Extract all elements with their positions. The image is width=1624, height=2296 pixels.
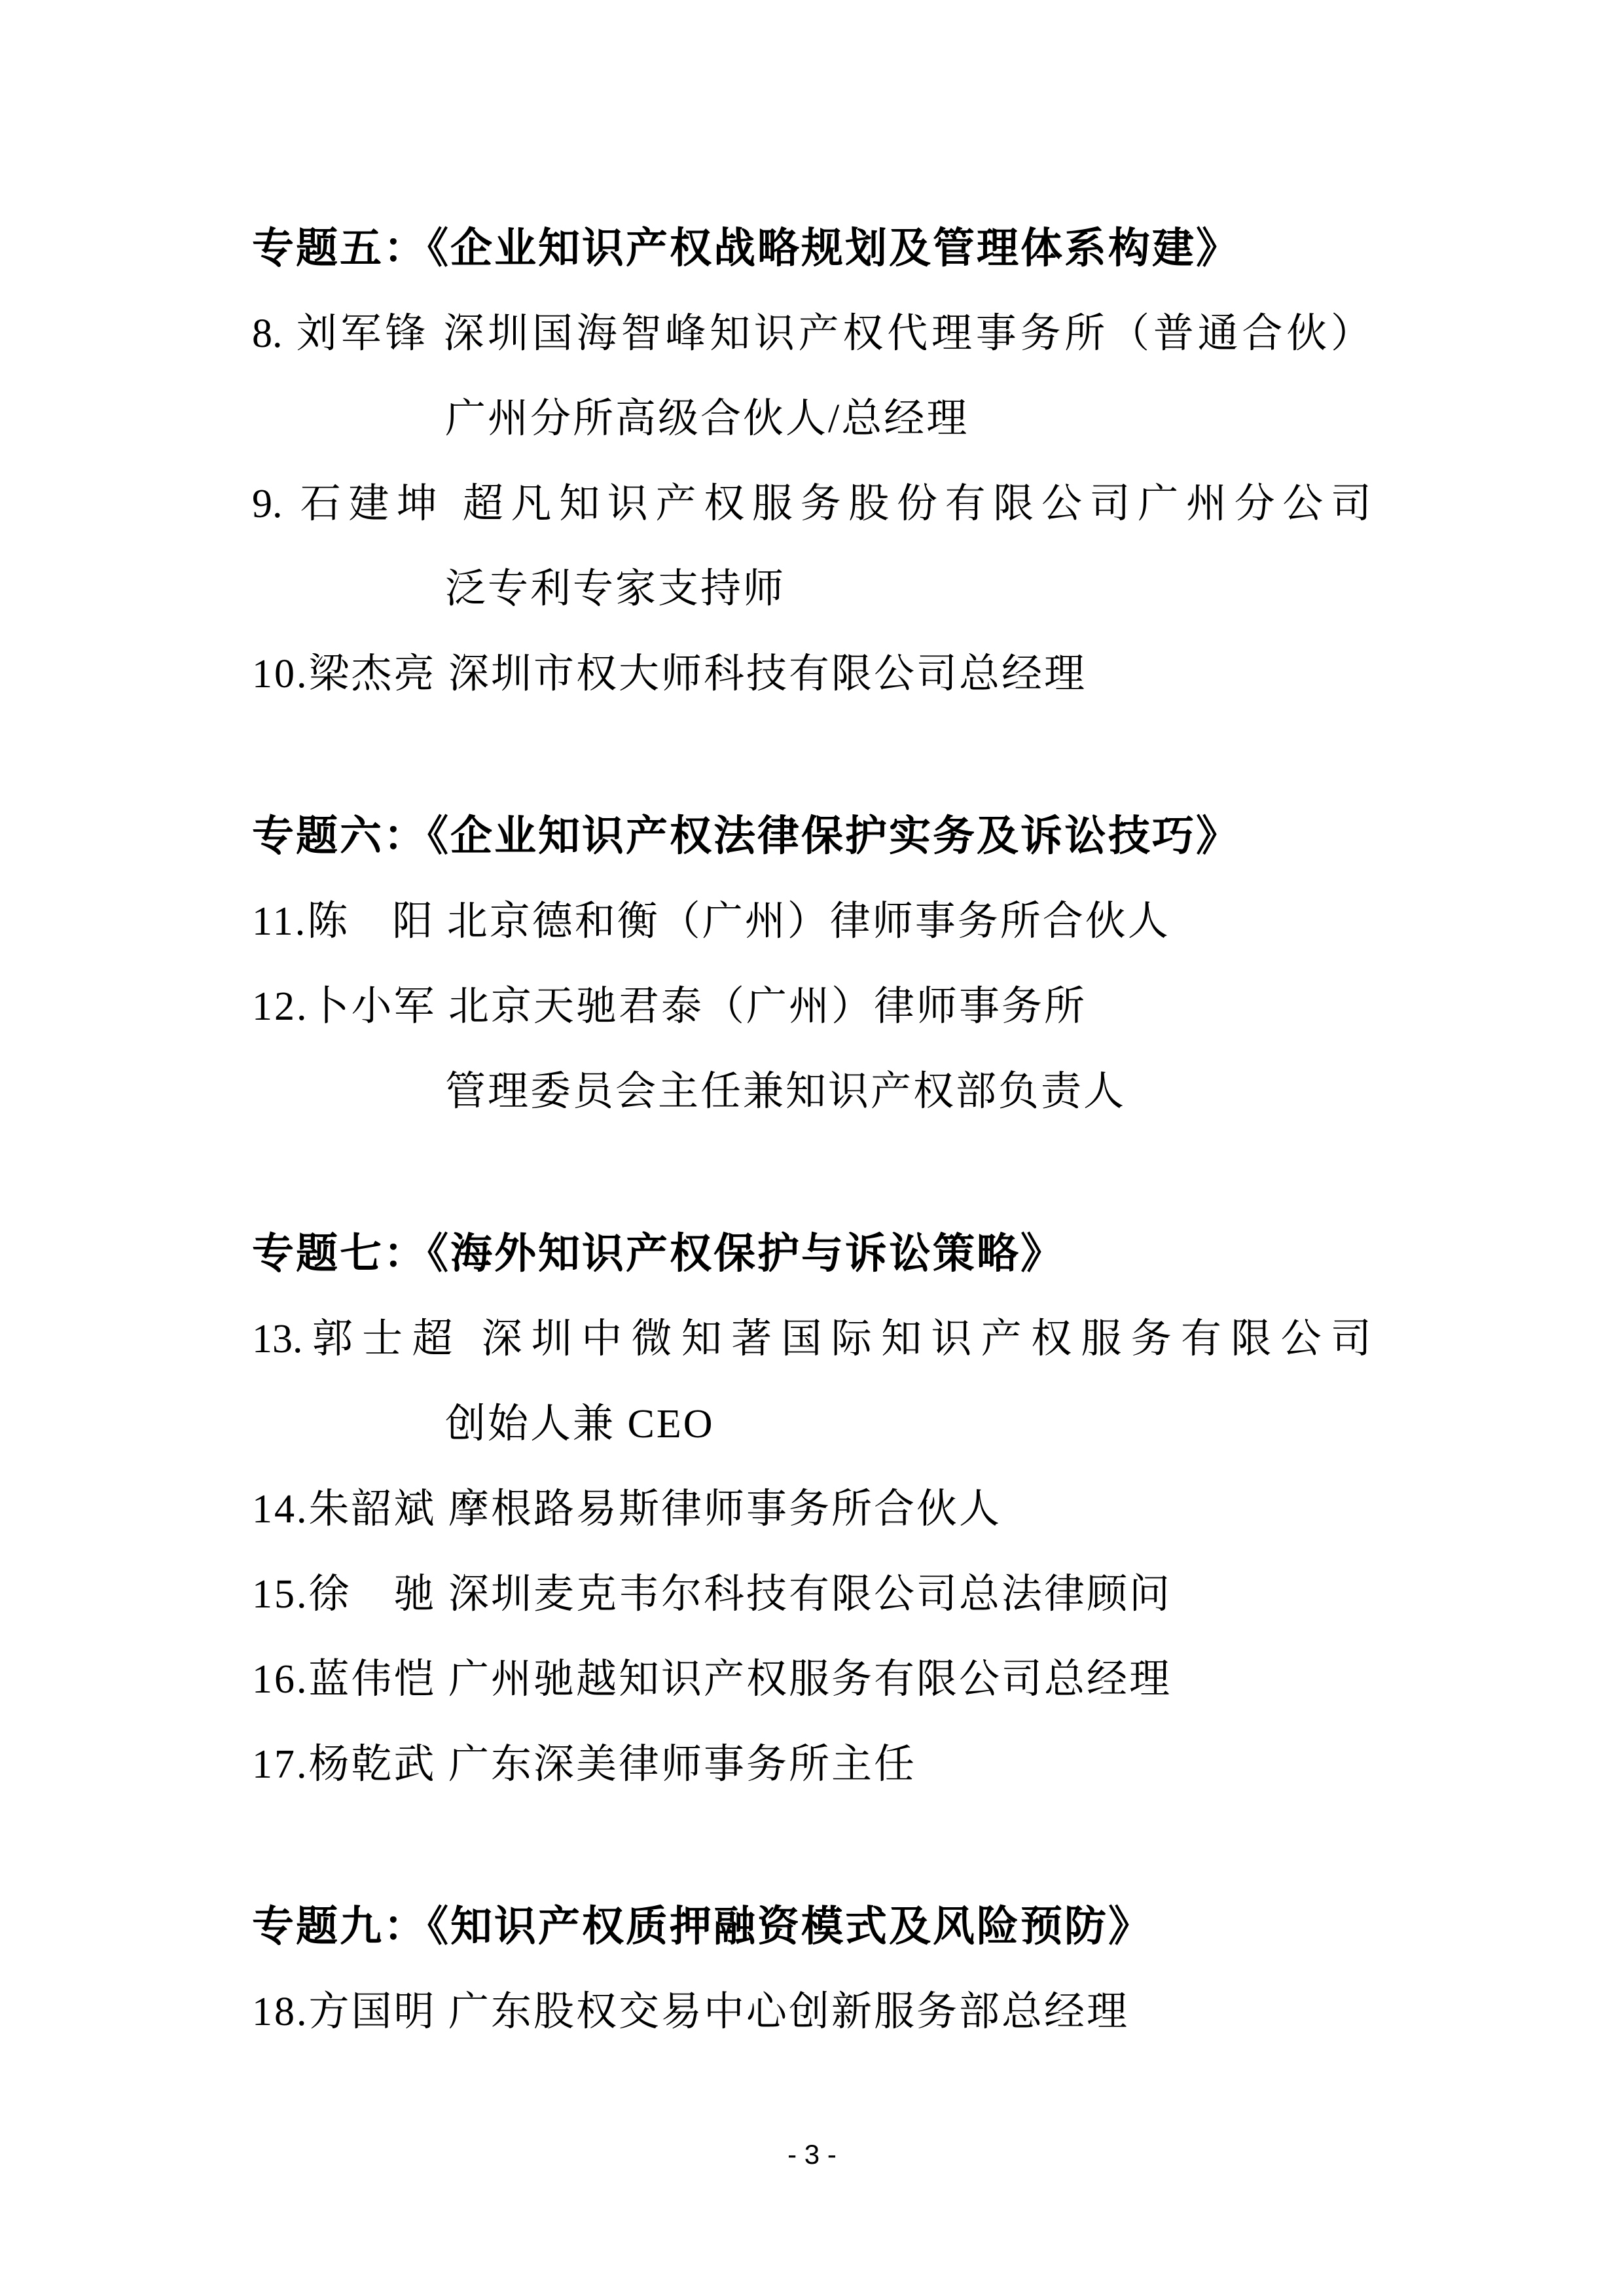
section-title: 专题七：《海外知识产权保护与诉讼策略》 — [252, 1211, 1371, 1297]
speaker-line: 10.梁杰亮 深圳市权大师科技有限公司总经理 — [252, 632, 1371, 717]
continuation-line: 创始人兼 CEO — [252, 1382, 1371, 1467]
speaker-line: 17.杨乾武 广东深美律师事务所主任 — [252, 1722, 1371, 1807]
speaker-line: 16.蓝伟恺 广州驰越知识产权服务有限公司总经理 — [252, 1637, 1371, 1722]
speaker-line: 11.陈 阳 北京德和衡（广州）律师事务所合伙人 — [252, 879, 1371, 964]
section-gap — [252, 717, 1371, 794]
continuation-line: 广州分所高级合伙人/总经理 — [252, 376, 1371, 461]
speaker-line: 15.徐 驰 深圳麦克韦尔科技有限公司总法律顾问 — [252, 1552, 1371, 1637]
speaker-list: 专题五：《企业知识产权战略规划及管理体系构建》 8. 刘军锋 深圳国海智峰知识产… — [252, 206, 1371, 2054]
speaker-line: 12.卜小军 北京天驰君泰（广州）律师事务所 — [252, 964, 1371, 1049]
continuation-line: 管理委员会主任兼知识产权部负责人 — [252, 1049, 1371, 1134]
page-number: - 3 - — [0, 2135, 1624, 2174]
speaker-line: 14.朱韶斌 摩根路易斯律师事务所合伙人 — [252, 1467, 1371, 1552]
section-title: 专题六：《企业知识产权法律保护实务及诉讼技巧》 — [252, 794, 1371, 879]
section-topic-7: 专题七：《海外知识产权保护与诉讼策略》 13.郭士超 深圳中微知著国际知识产权服… — [252, 1211, 1371, 1807]
speaker-line: 18.方国明 广东股权交易中心创新服务部总经理 — [252, 1969, 1371, 2054]
section-topic-5: 专题五：《企业知识产权战略规划及管理体系构建》 8. 刘军锋 深圳国海智峰知识产… — [252, 206, 1371, 717]
section-gap — [252, 1807, 1371, 1884]
section-topic-9: 专题九：《知识产权质押融资模式及风险预防》 18.方国明 广东股权交易中心创新服… — [252, 1884, 1371, 2054]
speaker-line: 9. 石建坤 超凡知识产权服务股份有限公司广州分公司 — [252, 461, 1371, 547]
section-title: 专题五：《企业知识产权战略规划及管理体系构建》 — [252, 206, 1371, 291]
section-topic-6: 专题六：《企业知识产权法律保护实务及诉讼技巧》 11.陈 阳 北京德和衡（广州）… — [252, 794, 1371, 1134]
speaker-line: 13.郭士超 深圳中微知著国际知识产权服务有限公司 — [252, 1297, 1371, 1382]
section-gap — [252, 1134, 1371, 1211]
document-page: 专题五：《企业知识产权战略规划及管理体系构建》 8. 刘军锋 深圳国海智峰知识产… — [0, 0, 1624, 2296]
section-title: 专题九：《知识产权质押融资模式及风险预防》 — [252, 1884, 1371, 1969]
speaker-line: 8. 刘军锋 深圳国海智峰知识产权代理事务所（普通合伙） — [252, 291, 1371, 376]
continuation-line: 泛专利专家支持师 — [252, 547, 1371, 632]
